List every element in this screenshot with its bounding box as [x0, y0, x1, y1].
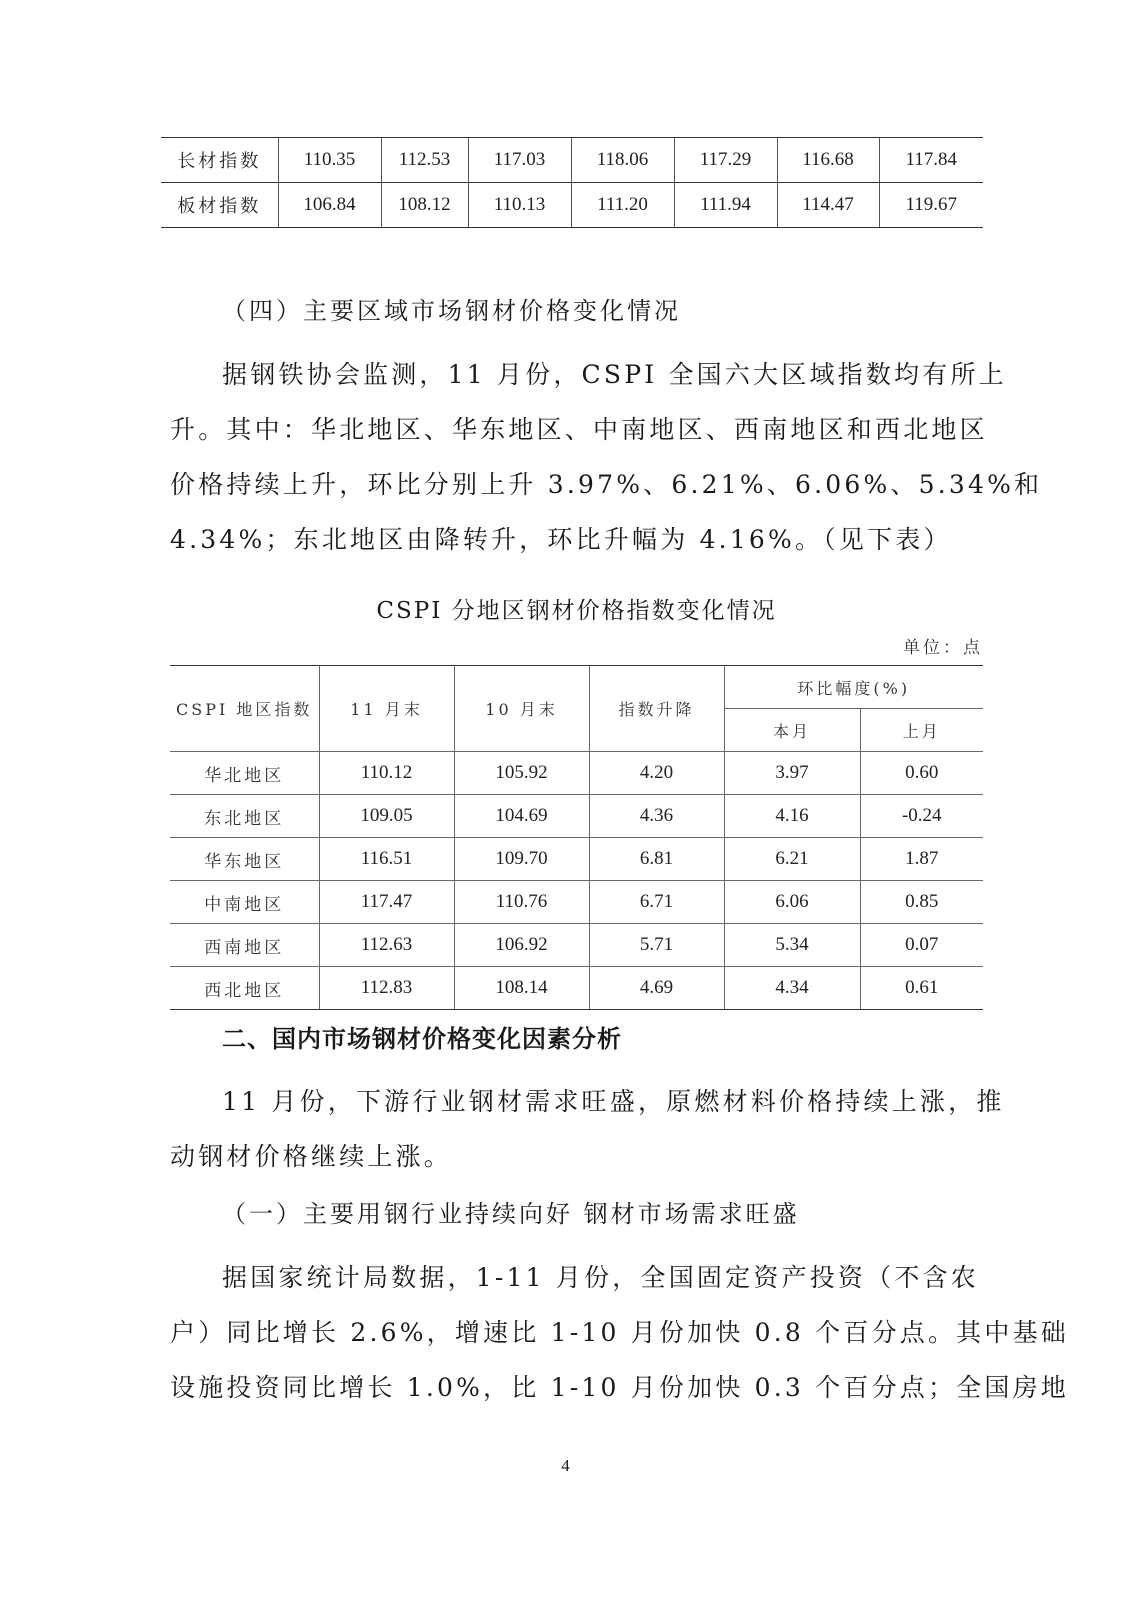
- nov-value: 116.51: [319, 838, 454, 881]
- change-value: 4.20: [589, 752, 724, 795]
- paragraph-line: 户）同比增长 2.6%，增速比 1-10 月份加快 0.8 个百分点。其中基础: [170, 1319, 960, 1347]
- table-unit: 单位：点: [903, 633, 983, 658]
- section-heading-regional: （四）主要区域市场钢材价格变化情况: [222, 297, 1012, 325]
- oct-value: 106.92: [454, 924, 589, 967]
- region-name: 华东地区: [170, 838, 319, 881]
- nov-value: 110.12: [319, 752, 454, 795]
- cell: 110.13: [468, 183, 571, 228]
- section-heading-analysis: 二、国内市场钢材价格变化因素分析: [222, 1025, 1012, 1053]
- paragraph-line: 动钢材价格继续上涨。: [170, 1143, 960, 1171]
- section-heading-demand: （一）主要用钢行业持续向好 钢材市场需求旺盛: [222, 1200, 1012, 1228]
- last-month-value: 0.85: [860, 881, 983, 924]
- region-name: 西南地区: [170, 924, 319, 967]
- nov-value: 112.83: [319, 967, 454, 1010]
- table-row: 华东地区 116.51 109.70 6.81 6.21 1.87: [170, 838, 983, 881]
- change-value: 6.71: [589, 881, 724, 924]
- cell: 110.35: [278, 138, 381, 183]
- paragraph-line: 据国家统计局数据，1-11 月份，全国固定资产投资（不含农: [222, 1264, 1012, 1292]
- cell: 114.47: [777, 183, 879, 228]
- paragraph-line: 4.34%；东北地区由降转升，环比升幅为 4.16%。（见下表）: [170, 526, 960, 554]
- cell: 116.68: [777, 138, 879, 183]
- last-month-value: 0.61: [860, 967, 983, 1010]
- page-number: 4: [0, 1456, 1131, 1476]
- header-change: 指数升降: [589, 666, 724, 752]
- cell: 117.84: [879, 138, 983, 183]
- header-oct-end: 10 月末: [454, 666, 589, 752]
- change-value: 4.36: [589, 795, 724, 838]
- cell: 119.67: [879, 183, 983, 228]
- this-month-value: 4.16: [724, 795, 860, 838]
- cell: 118.06: [571, 138, 674, 183]
- cell: 117.29: [674, 138, 777, 183]
- table-caption: CSPI 分地区钢材价格指数变化情况: [170, 592, 983, 625]
- change-value: 6.81: [589, 838, 724, 881]
- cell: 106.84: [278, 183, 381, 228]
- table-row-flat-products: 板材指数 106.84 108.12 110.13 111.20 111.94 …: [161, 183, 983, 228]
- table-header-row: CSPI 地区指数 11 月末 10 月末 指数升降 环比幅度(%): [170, 666, 983, 709]
- table-row: 西北地区 112.83 108.14 4.69 4.34 0.61: [170, 967, 983, 1010]
- this-month-value: 5.34: [724, 924, 860, 967]
- region-name: 西北地区: [170, 967, 319, 1010]
- oct-value: 110.76: [454, 881, 589, 924]
- row-label: 长材指数: [161, 138, 278, 183]
- paragraph-line: 11 月份，下游行业钢材需求旺盛，原燃材料价格持续上涨，推: [222, 1088, 1012, 1116]
- header-mom-group: 环比幅度(%): [724, 666, 983, 709]
- region-name: 华北地区: [170, 752, 319, 795]
- this-month-value: 4.34: [724, 967, 860, 1010]
- regional-index-table: CSPI 地区指数 11 月末 10 月末 指数升降 环比幅度(%) 本月 上月…: [170, 665, 983, 1010]
- header-this-month: 本月: [724, 709, 860, 752]
- this-month-value: 6.21: [724, 838, 860, 881]
- paragraph-line: 价格持续上升，环比分别上升 3.97%、6.21%、6.06%、5.34%和: [170, 471, 960, 499]
- cell: 117.03: [468, 138, 571, 183]
- nov-value: 112.63: [319, 924, 454, 967]
- region-name: 东北地区: [170, 795, 319, 838]
- cell: 108.12: [381, 183, 468, 228]
- oct-value: 109.70: [454, 838, 589, 881]
- change-value: 5.71: [589, 924, 724, 967]
- region-name: 中南地区: [170, 881, 319, 924]
- nov-value: 109.05: [319, 795, 454, 838]
- paragraph-line: 据钢铁协会监测，11 月份，CSPI 全国六大区域指数均有所上: [222, 361, 1012, 389]
- table-row: 中南地区 117.47 110.76 6.71 6.06 0.85: [170, 881, 983, 924]
- last-month-value: 0.60: [860, 752, 983, 795]
- table-row: 华北地区 110.12 105.92 4.20 3.97 0.60: [170, 752, 983, 795]
- this-month-value: 6.06: [724, 881, 860, 924]
- paragraph-line: 设施投资同比增长 1.0%，比 1-10 月份加快 0.3 个百分点；全国房地: [170, 1374, 960, 1402]
- nov-value: 117.47: [319, 881, 454, 924]
- header-region: CSPI 地区指数: [170, 666, 319, 752]
- paragraph-line: 升。其中：华北地区、华东地区、中南地区、西南地区和西北地区: [170, 416, 960, 444]
- last-month-value: -0.24: [860, 795, 983, 838]
- product-index-table: 长材指数 110.35 112.53 117.03 118.06 117.29 …: [161, 137, 983, 228]
- oct-value: 105.92: [454, 752, 589, 795]
- cell: 111.94: [674, 183, 777, 228]
- header-nov-end: 11 月末: [319, 666, 454, 752]
- header-last-month: 上月: [860, 709, 983, 752]
- oct-value: 104.69: [454, 795, 589, 838]
- change-value: 4.69: [589, 967, 724, 1010]
- this-month-value: 3.97: [724, 752, 860, 795]
- row-label: 板材指数: [161, 183, 278, 228]
- cell: 112.53: [381, 138, 468, 183]
- oct-value: 108.14: [454, 967, 589, 1010]
- table-row: 东北地区 109.05 104.69 4.36 4.16 -0.24: [170, 795, 983, 838]
- last-month-value: 0.07: [860, 924, 983, 967]
- table-row: 西南地区 112.63 106.92 5.71 5.34 0.07: [170, 924, 983, 967]
- table-row-long-products: 长材指数 110.35 112.53 117.03 118.06 117.29 …: [161, 138, 983, 183]
- last-month-value: 1.87: [860, 838, 983, 881]
- cell: 111.20: [571, 183, 674, 228]
